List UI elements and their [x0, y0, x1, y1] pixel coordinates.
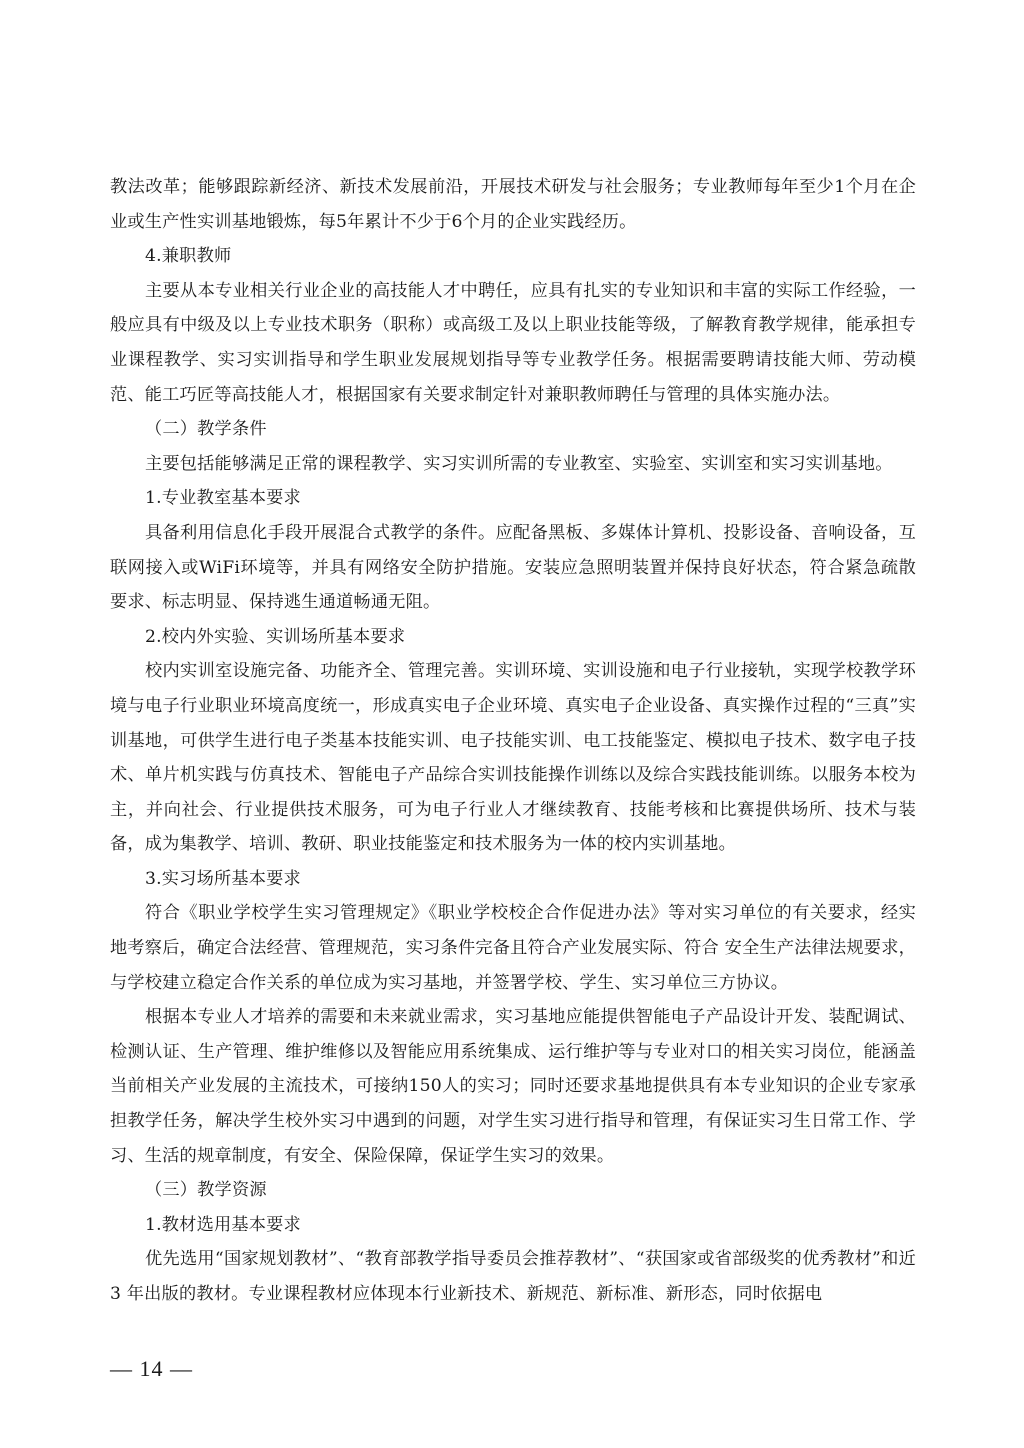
paragraph-internship-regulations: 符合《职业学校学生实习管理规定》《职业学校校企合作促进办法》等对实习单位的有关要…	[110, 896, 916, 1000]
paragraph-classroom-requirements: 具备利用信息化手段开展混合式教学的条件。应配备黑板、多媒体计算机、投影设备、音响…	[110, 516, 916, 620]
heading-teaching-conditions: （二）教学条件	[110, 412, 916, 447]
heading-part-time-teachers: 4.兼职教师	[110, 239, 916, 274]
paragraph-teaching-conditions: 主要包括能够满足正常的课程教学、实习实训所需的专业教室、实验室、实训室和实习实训…	[110, 447, 916, 482]
heading-teaching-resources: （三）教学资源	[110, 1173, 916, 1208]
paragraph-internship-positions: 根据本专业人才培养的需要和未来就业需求，实习基地应能提供智能电子产品设计开发、装…	[110, 1000, 916, 1173]
heading-textbook-selection: 1.教材选用基本要求	[110, 1208, 916, 1243]
paragraph-textbook-selection: 优先选用“国家规划教材”、“教育部教学指导委员会推荐教材”、“获国家或省部级奖的…	[110, 1242, 916, 1311]
document-body: 教法改革；能够跟踪新经济、新技术发展前沿，开展技术研发与社会服务；专业教师每年至…	[110, 170, 916, 1312]
paragraph-teaching-reform: 教法改革；能够跟踪新经济、新技术发展前沿，开展技术研发与社会服务；专业教师每年至…	[110, 170, 916, 239]
page-number: — 14 —	[110, 1356, 193, 1382]
heading-internship-site-requirements: 3.实习场所基本要求	[110, 862, 916, 897]
heading-classroom-requirements: 1.专业教室基本要求	[110, 481, 916, 516]
paragraph-part-time-teachers: 主要从本专业相关行业企业的高技能人才中聘任，应具有扎实的专业知识和丰富的实际工作…	[110, 274, 916, 412]
heading-training-site-requirements: 2.校内外实验、实训场所基本要求	[110, 620, 916, 655]
paragraph-training-site-requirements: 校内实训室设施完备、功能齐全、管理完善。实训环境、实训设施和电子行业接轨，实现学…	[110, 654, 916, 862]
